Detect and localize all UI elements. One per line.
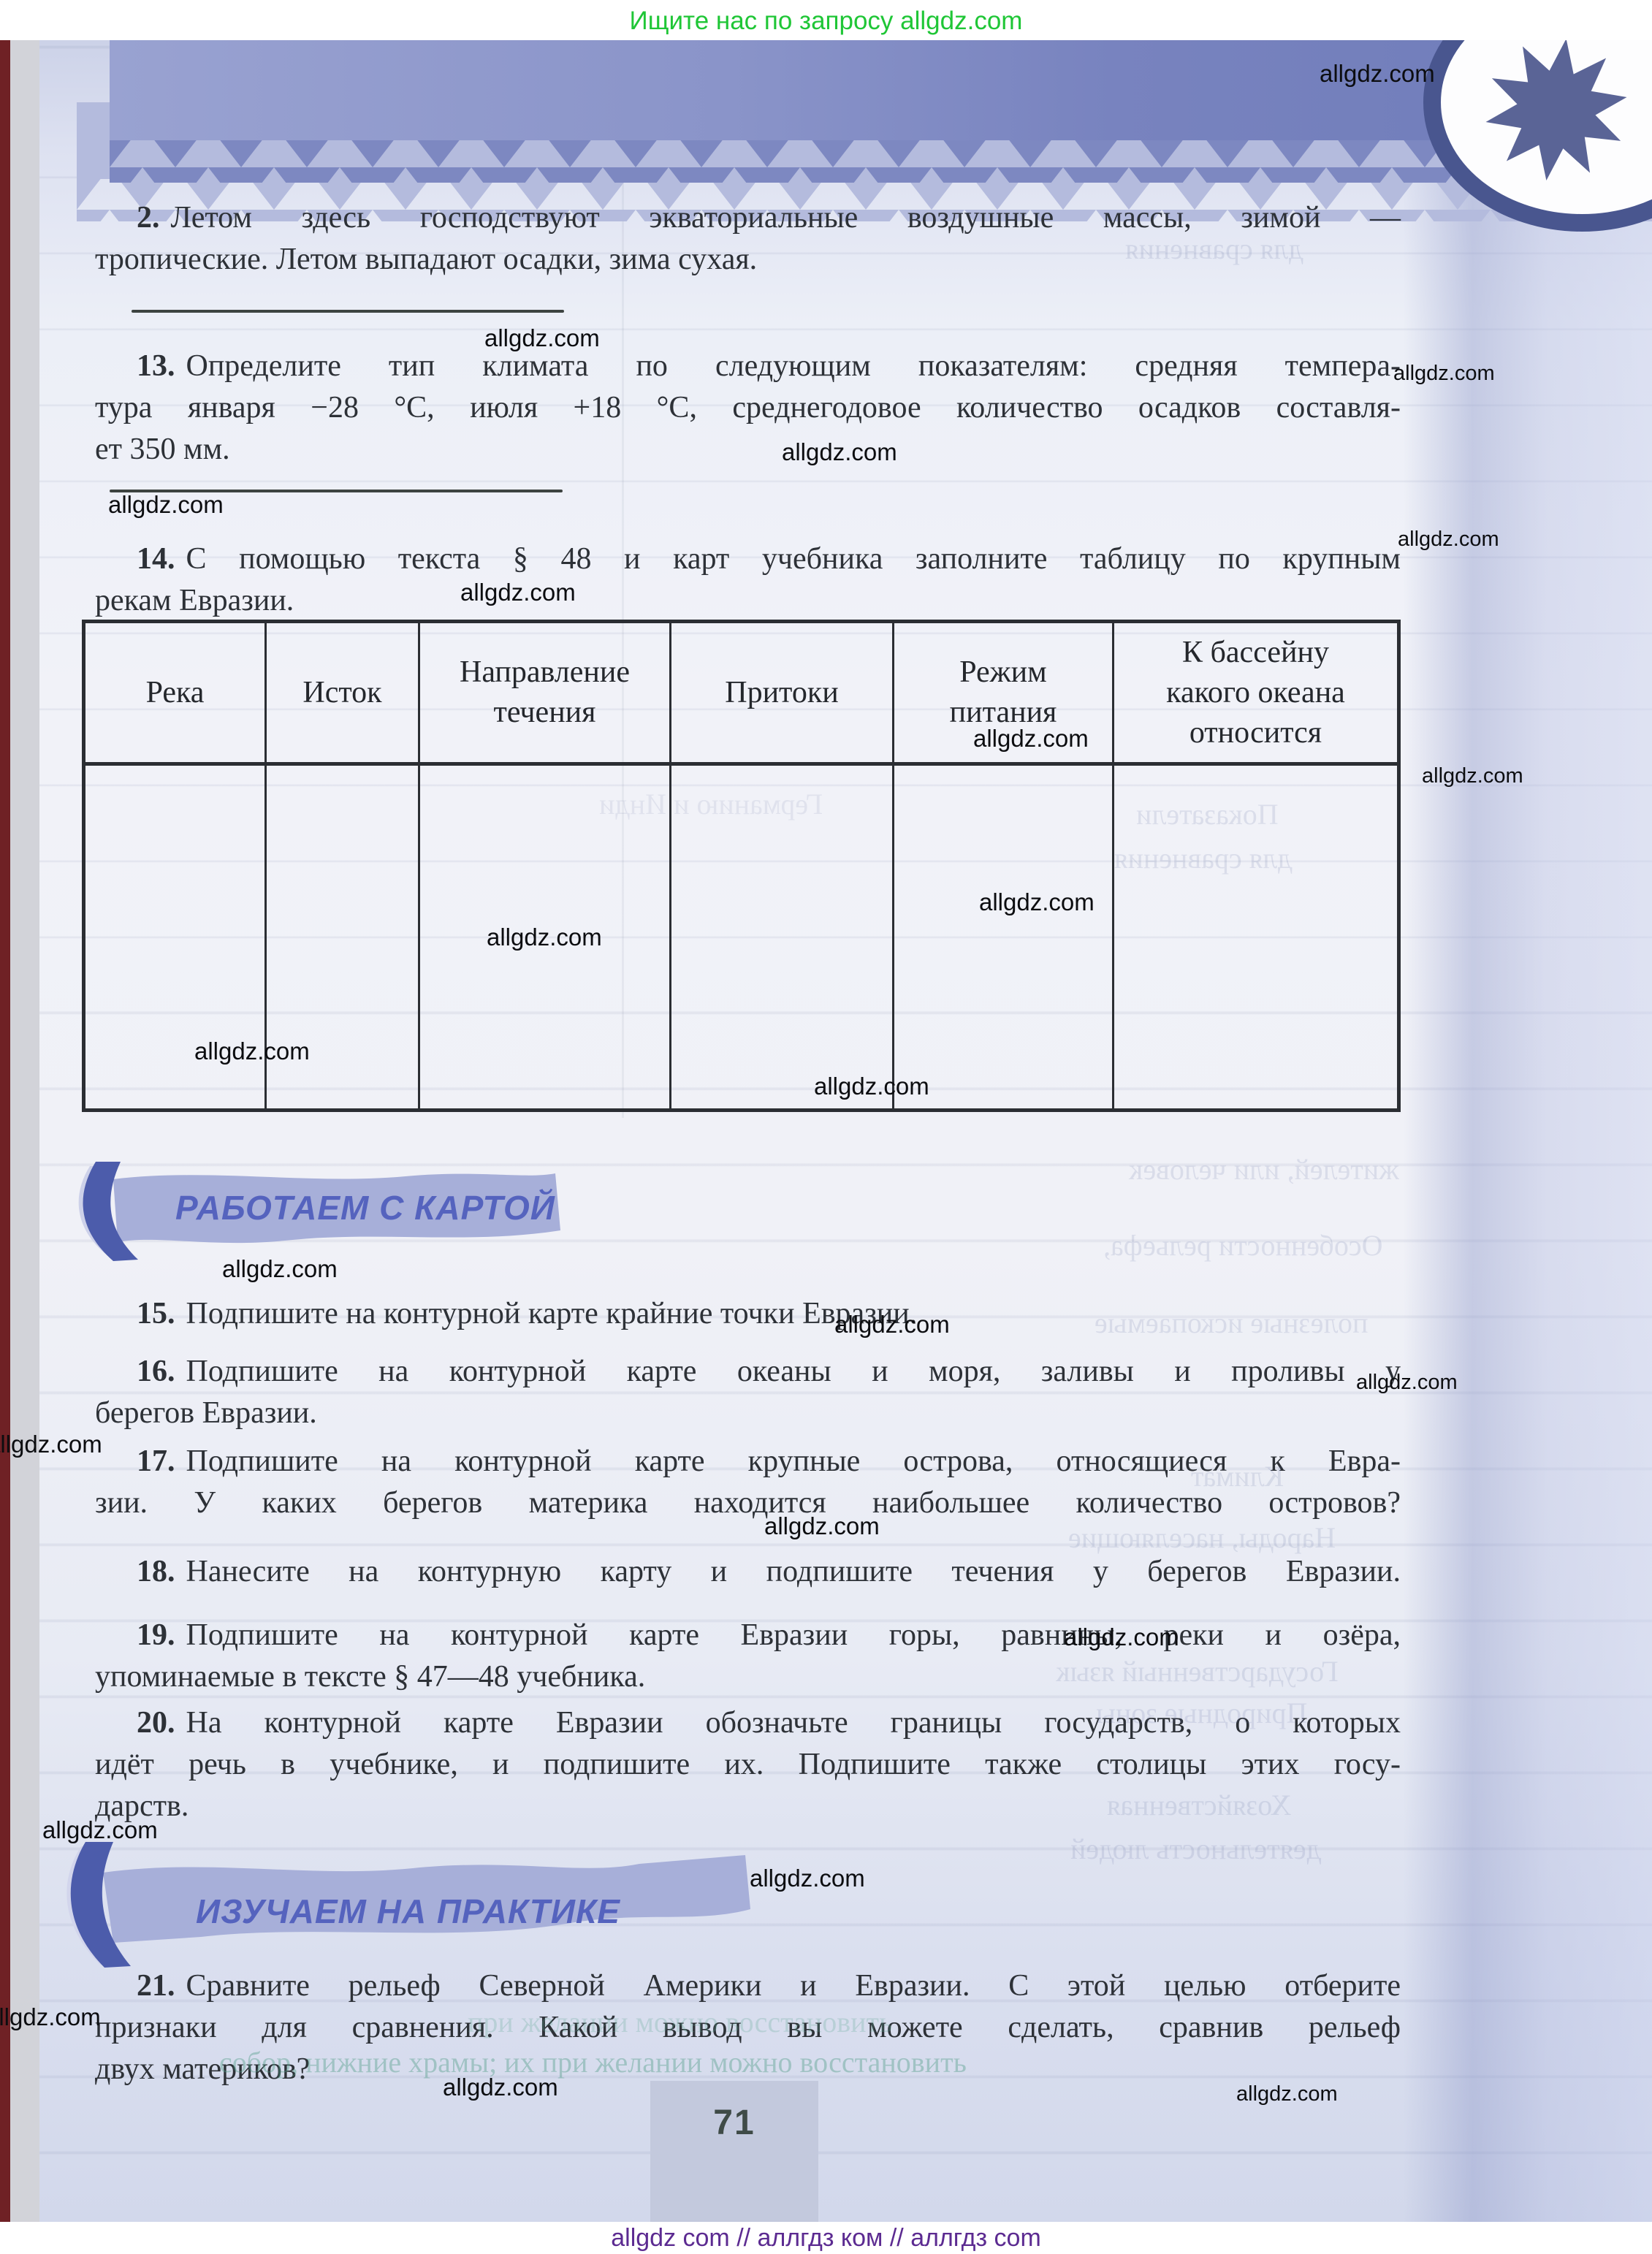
question-number: 15. (137, 1297, 175, 1330)
question-number: 13. (137, 349, 175, 383)
bleedthrough-text: Хозяйственная (1107, 1789, 1292, 1822)
question-number: 19. (137, 1618, 175, 1652)
bleedthrough-text: Показатели (1136, 798, 1279, 831)
header-divider (85, 762, 1397, 766)
watermark-text: allgdz.com (487, 924, 602, 951)
watermark-text: allgdz.com (443, 2074, 558, 2101)
watermark-text: allgdz.com (979, 888, 1095, 915)
bleedthrough-text: Природные зоны (1096, 1697, 1307, 1730)
watermark-text: allgdz.com (484, 324, 600, 351)
bleedthrough-text: Климат (1191, 1460, 1284, 1493)
col-header-direction: Направление течения (420, 623, 669, 762)
watermark-text: allgdz.com (194, 1037, 310, 1065)
question-16-line-1: 16.Подпишите на контурной карте океаны и… (95, 1351, 1401, 1392)
workbook-page-scan: Ищите нас по запросу allgdz.com 2.Летом … (0, 0, 1652, 2254)
question-21-line-1: 21.Сравните рельеф Северной Америки и Ев… (95, 1965, 1401, 2006)
question-number: 21. (137, 1969, 175, 2003)
watermark-text: allgdz.com (222, 1255, 338, 1282)
watermark-text: allgdz.com (1393, 362, 1495, 386)
bleedthrough-text: для сравнения (1125, 232, 1303, 266)
watermark-text: allgdz.com (750, 1865, 865, 1892)
question-14-line-2: рекам Евразии. (95, 580, 1401, 621)
section-title-map: РАБОТАЕМ С КАРТОЙ (175, 1189, 555, 1227)
question-number: 2. (137, 201, 160, 235)
question-18-line-1: 18.Нанесите на контурную карту и подпиши… (95, 1551, 1401, 1592)
watermark-text: allgdz.com (1236, 2082, 1338, 2106)
question-13-line-1: 13.Определите тип климата по следующим п… (95, 346, 1401, 387)
page-number: 71 (650, 2104, 818, 2142)
watermark-text: allgdz.com (1422, 764, 1523, 788)
question-number: 16. (137, 1355, 175, 1388)
watermark-text: allgdz.com (834, 1311, 950, 1338)
question-number: 20. (137, 1706, 175, 1740)
promo-header-text: Ищите нас по запросу allgdz.com (0, 6, 1652, 37)
question-number: 18. (137, 1555, 175, 1588)
watermark-text: allgdz.com (1356, 1371, 1458, 1395)
col-header-river: Река (85, 623, 264, 762)
watermark-text: allgdz.com (1398, 528, 1499, 552)
bleedthrough-text: Государственный язык (1056, 1655, 1339, 1688)
question-16-line-2: берегов Евразии. (95, 1393, 1401, 1434)
bleedthrough-text: собор, нижние храмы; их при желании можн… (219, 2046, 967, 2079)
book-spine-edge (0, 40, 10, 2222)
bleedthrough-text: Особенности рельефа, (1103, 1229, 1383, 1263)
watermark-text: allgdz.com (814, 1073, 929, 1100)
question-number: 17. (137, 1444, 175, 1478)
watermark-text: allgdz.com (1064, 1623, 1179, 1650)
watermark-text: allgdz.com (764, 1512, 880, 1539)
page-number-tab (650, 2081, 818, 2222)
question-number: 14. (137, 542, 175, 576)
watermark-text: allgdz.com (1320, 60, 1435, 87)
bleedthrough-text: при желании можно восстановить (468, 2006, 892, 2039)
watermark-text: allgdz.com (42, 1816, 158, 1843)
bleedthrough-text: Германию и Инди (599, 788, 823, 821)
col-header-basin: К бассейну какого океана относится (1114, 623, 1397, 762)
bleedthrough-text: полезные ископаемые (1095, 1306, 1368, 1340)
bleedthrough-text: деятельность людей (1070, 1832, 1321, 1866)
bleedthrough-text: Народы, населяющие (1068, 1521, 1336, 1555)
question-13-line-3: ет 350 мм. (95, 429, 1401, 470)
answer-line (132, 310, 564, 313)
question-19-line-1: 19.Подпишите на контурной карте Евразии … (95, 1615, 1401, 1656)
watermark-text: allgdz.com (0, 1431, 102, 1458)
question-20-line-2: идёт речь в учебнике, и подпишите их. По… (95, 1744, 1401, 1785)
bleedthrough-text: для сравнения (1114, 842, 1292, 875)
watermark-text: allgdz.com (108, 491, 224, 518)
watermark-text: allgdz.com (782, 438, 897, 465)
footer-promo-text: allgdz com // аллгдз ком // аллгдз com (0, 2224, 1652, 2252)
question-14-line-1: 14.С помощью текста § 48 и карт учебника… (95, 538, 1401, 579)
col-header-tributaries: Притоки (671, 623, 892, 762)
watermark-text: allgdz.com (460, 579, 576, 606)
watermark-text: allgdz.com (973, 725, 1089, 752)
section-title-practice: ИЗУЧАЕМ НА ПРАКТИКЕ (196, 1892, 620, 1930)
scan-left-margin (10, 40, 39, 2222)
watermark-text: allgdz.com (0, 2003, 101, 2030)
bleedthrough-text: жителей, или человек (1129, 1153, 1399, 1187)
question-13-line-2: тура января −28 °С, июля +18 °С, среднег… (95, 387, 1401, 428)
col-header-source: Исток (267, 623, 418, 762)
